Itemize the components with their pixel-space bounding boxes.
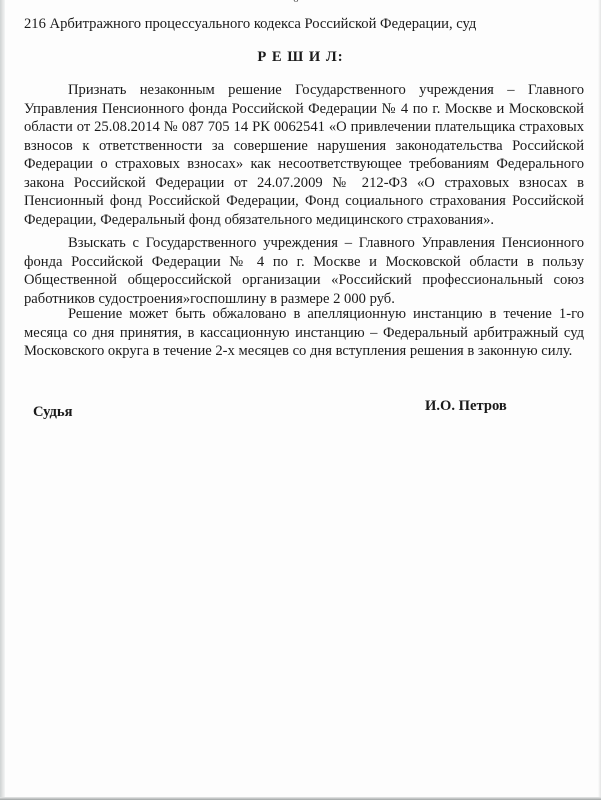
scanned-page: 6 216 Арбитражного процессуального кодек… <box>0 0 601 800</box>
signature-title: Судья <box>33 404 73 421</box>
scan-left-edge <box>0 0 5 800</box>
paragraph-appeal-terms: Решение может быть обжаловано в апелляци… <box>24 305 584 361</box>
signature-name: И.О. Петров <box>425 398 507 415</box>
paragraph-declare-unlawful: Признать незаконным решение Государствен… <box>24 81 584 229</box>
page-number: 6 <box>293 0 299 5</box>
ruling-heading: Р Е Ш И Л: <box>0 49 601 66</box>
paragraph-recover-fee: Взыскать с Государственного учреждения –… <box>24 234 584 308</box>
intro-line: 216 Арбитражного процессуального кодекса… <box>24 15 584 34</box>
